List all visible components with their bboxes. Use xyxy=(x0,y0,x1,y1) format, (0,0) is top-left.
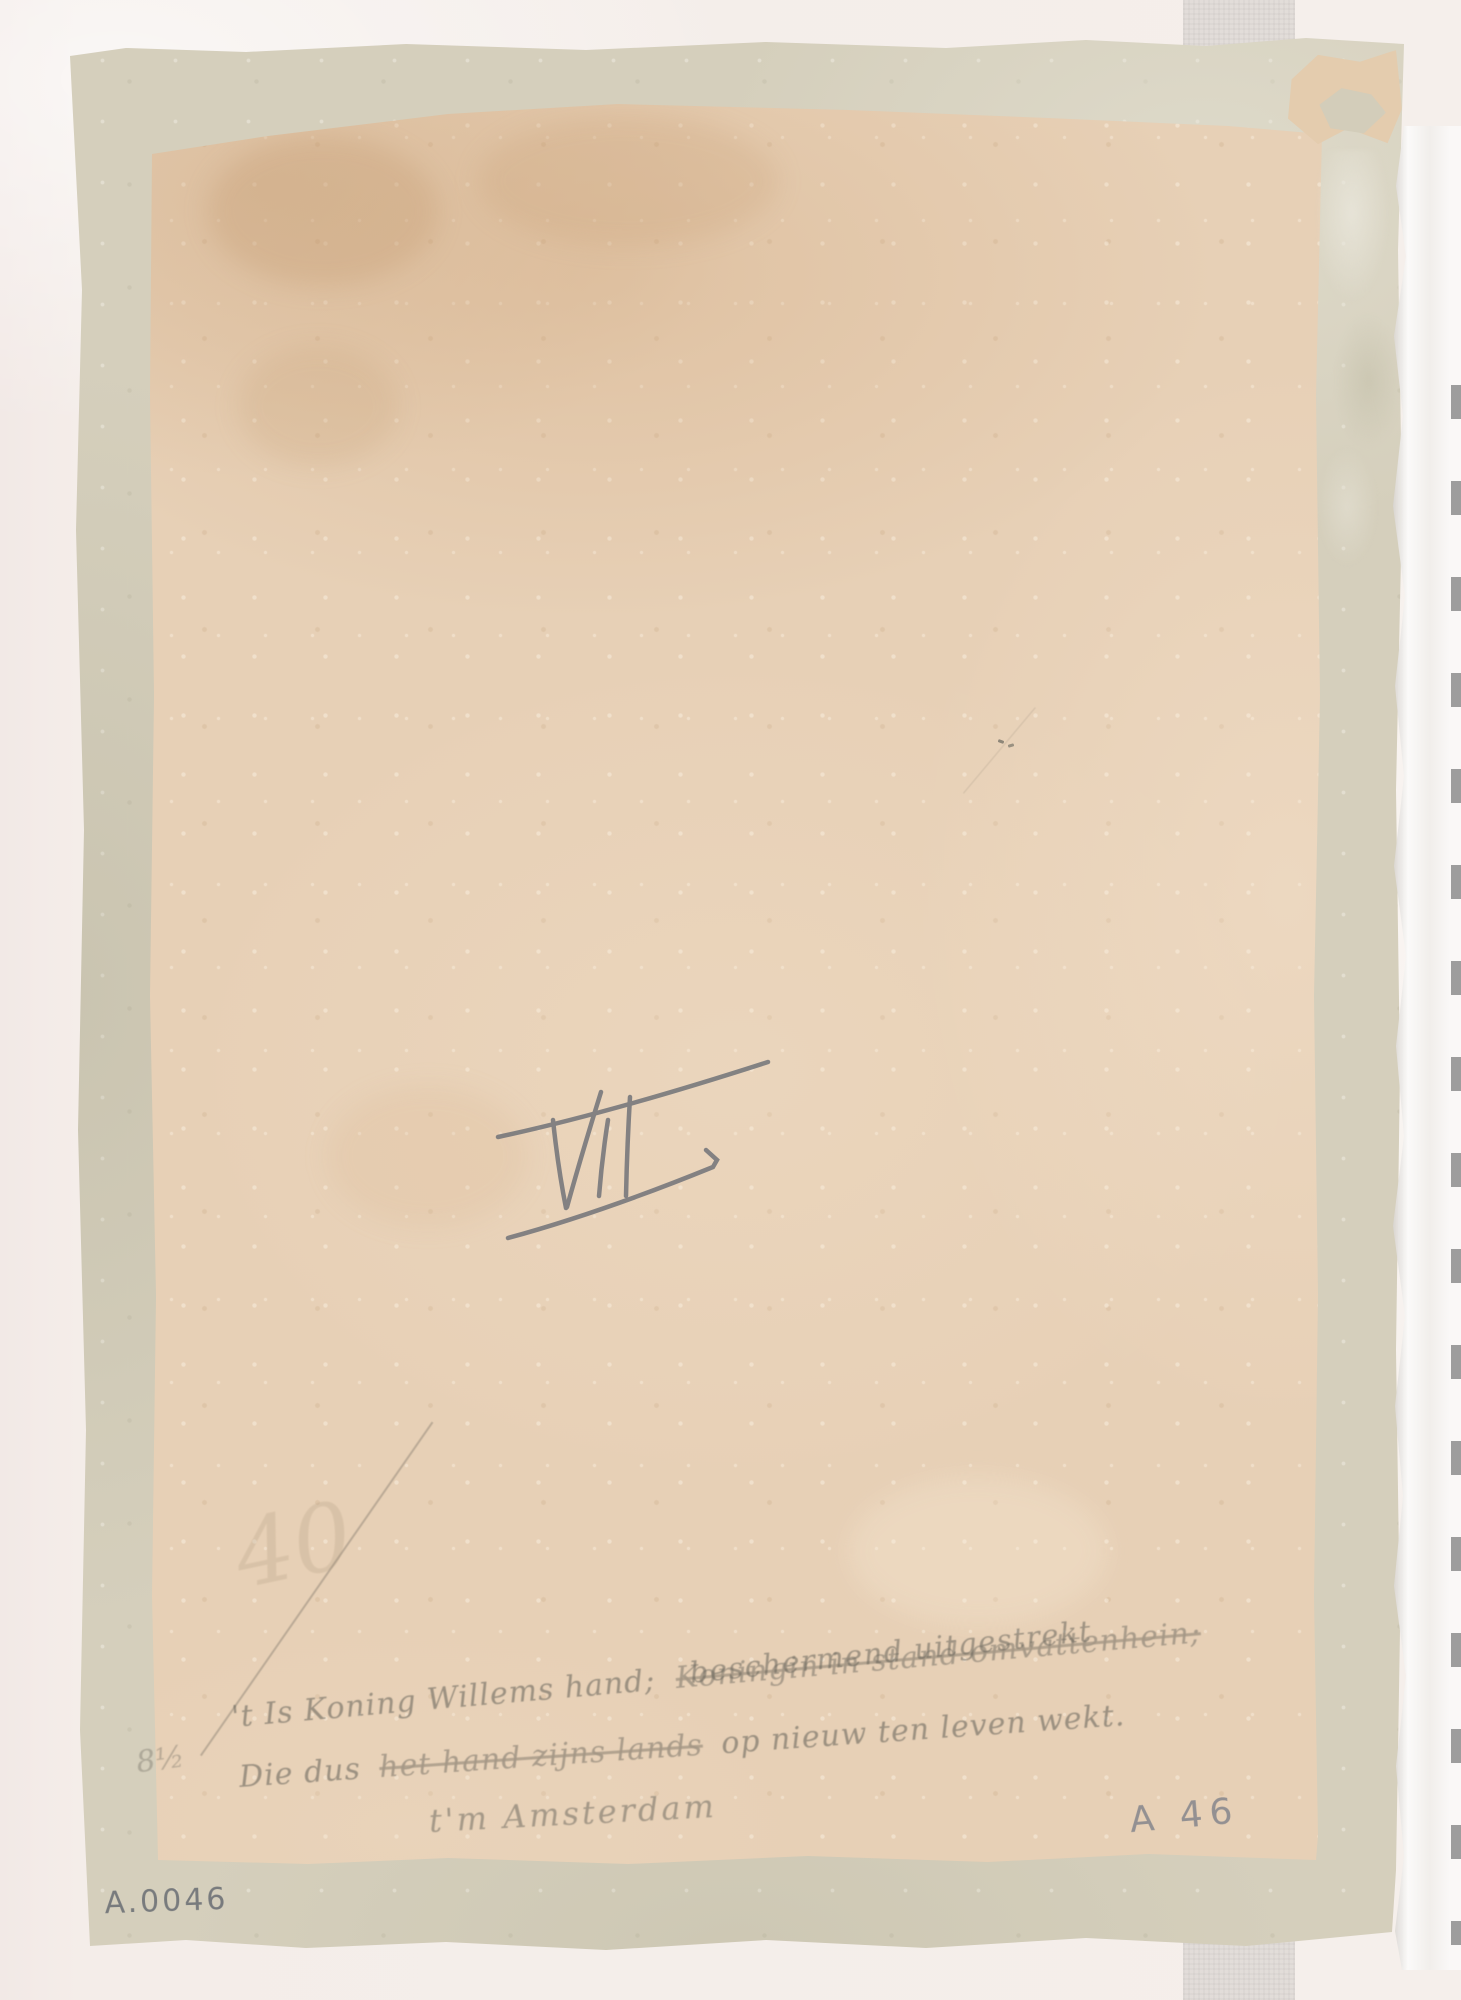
stain xyxy=(208,136,438,286)
mount-margin-mottling xyxy=(1318,150,1402,570)
inventory-number-a0046: A.0046 xyxy=(104,1882,229,1921)
verso-paper xyxy=(148,96,1322,1866)
stain xyxy=(478,116,778,246)
scan-backdrop: VII 40 8½ beschermend uitgestrekt 't Is … xyxy=(0,0,1461,2000)
stain xyxy=(238,346,398,466)
scan-edge-dashes xyxy=(1451,385,1461,1945)
inscription-faint-fraction: 8½ xyxy=(134,1739,187,1780)
inscription-vii-pencil: VII xyxy=(430,1028,790,1258)
stain xyxy=(848,1476,1108,1626)
